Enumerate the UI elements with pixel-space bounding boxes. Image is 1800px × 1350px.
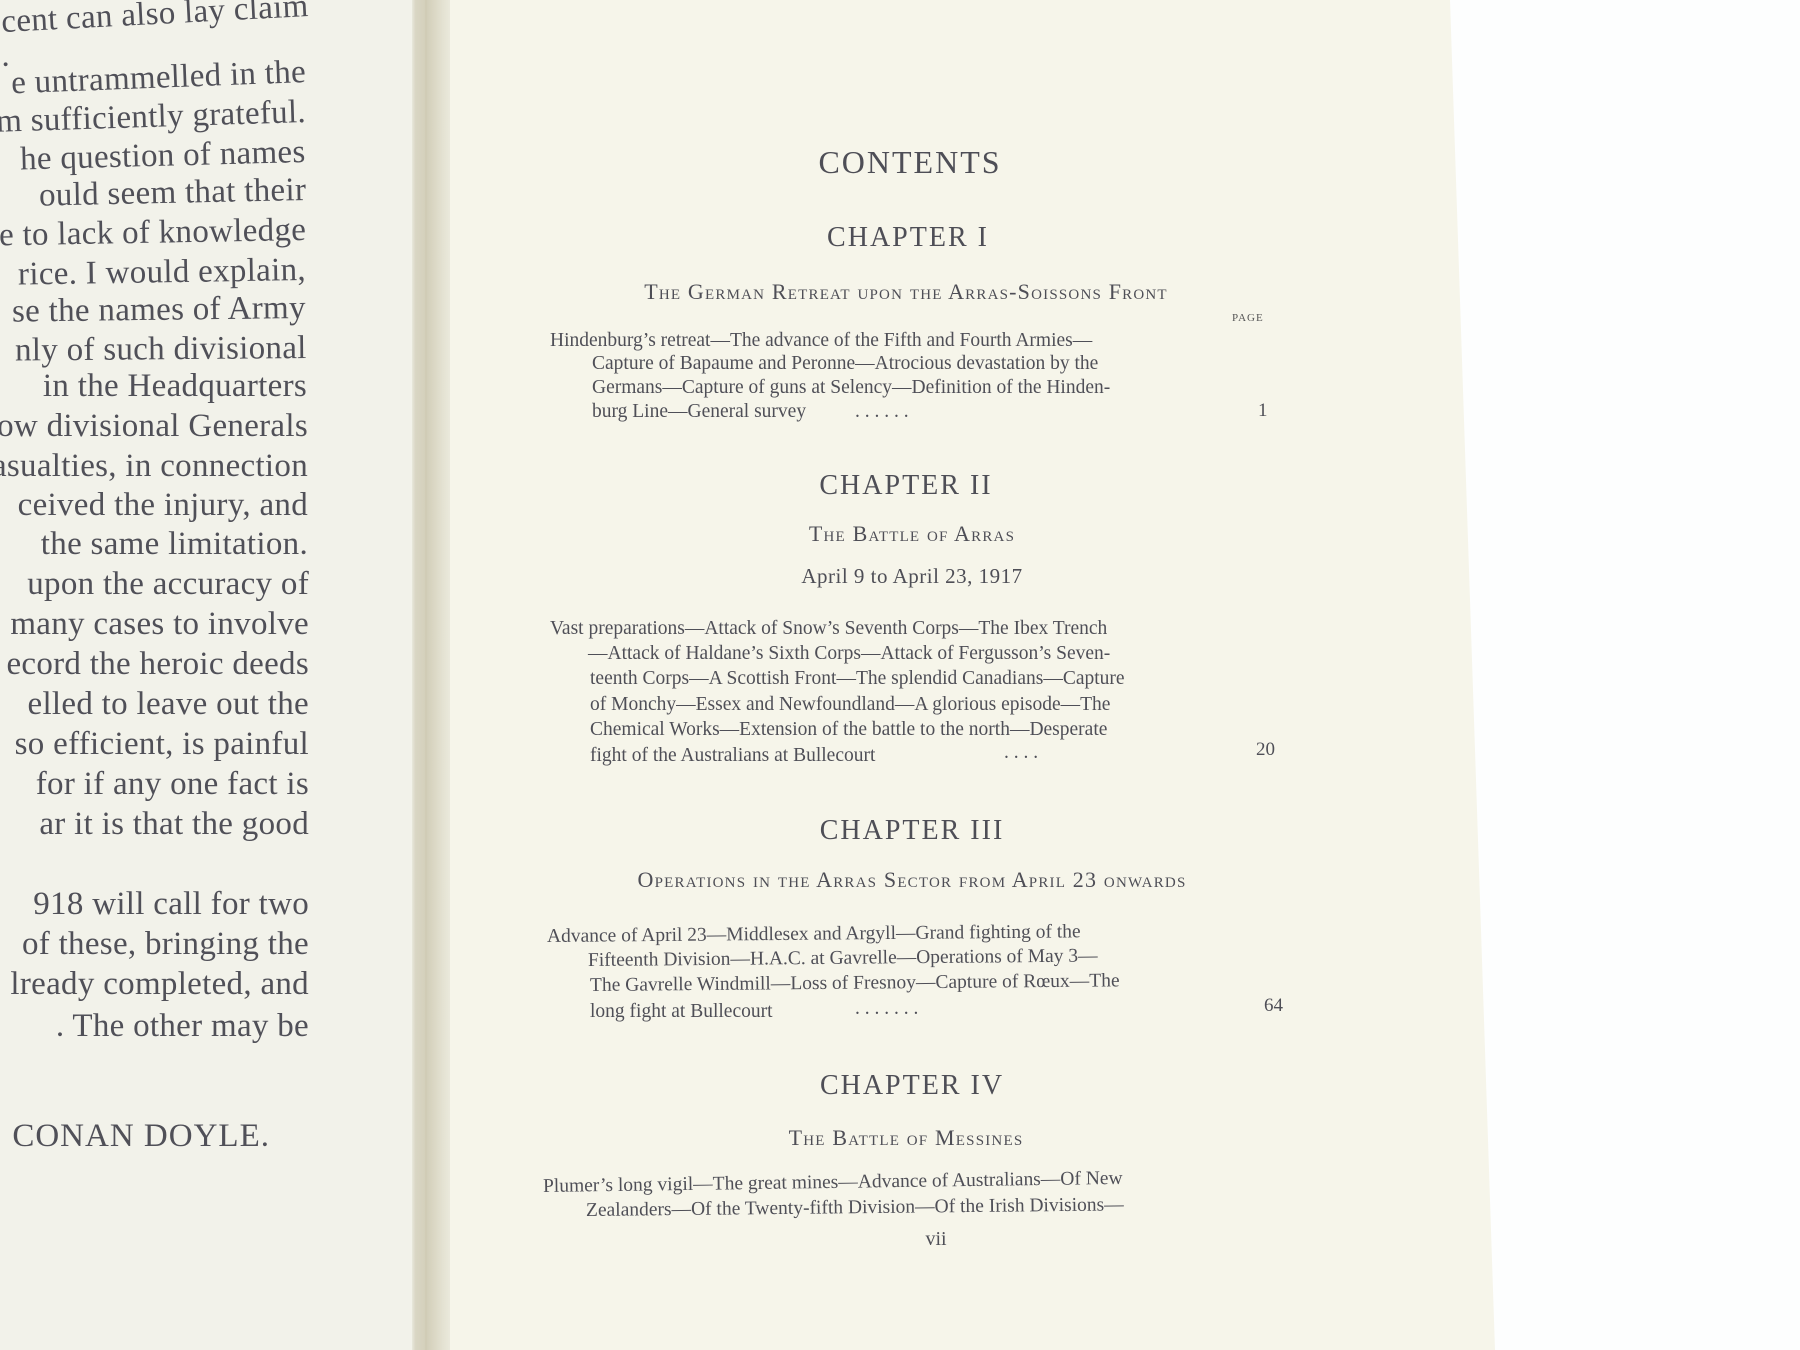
chapter-2-title: The Battle of Arras [809,521,1015,547]
chapter-2-summary-line: Vast preparations—Attack of Snow’s Seven… [550,618,1107,640]
chapter-1-summary-line: Hindenburg’s retreat—The advance of the … [550,330,1092,352]
table-of-contents: CONTENTS CHAPTER I The German Retreat up… [0,0,1800,1350]
chapter-3-summary-line: Fifteenth Division—H.A.C. at Gavrelle—Op… [588,946,1098,972]
chapter-2-summary-line: of Monchy—Essex and Newfoundland—A glori… [590,694,1110,716]
chapter-1-title: The German Retreat upon the Arras-Soisso… [644,279,1168,305]
chapter-2-page-number: 20 [1256,739,1275,761]
chapter-2-number: CHAPTER II [819,470,992,502]
chapter-4-number: CHAPTER IV [820,1070,1004,1102]
chapter-3-summary-line: Advance of April 23—Middlesex and Argyll… [547,921,1081,948]
chapter-3-title: Operations in the Arras Sector from Apri… [638,867,1187,893]
chapter-4-summary-line: Zealanders—Of the Twenty-fifth Division—… [586,1194,1124,1222]
chapter-2-summary-line: Chemical Works—Extension of the battle t… [590,719,1107,741]
chapter-1-number: CHAPTER I [827,222,989,254]
chapter-1-dot-leader: . . . . . . [855,401,909,423]
chapter-1-summary-line: burg Line—General survey [592,401,806,423]
chapter-1-summary-line: Capture of Bapaume and Peronne—Atrocious… [592,353,1098,375]
chapter-3-number: CHAPTER III [820,815,1005,847]
chapter-1-page-number: 1 [1258,400,1268,422]
chapter-3-dot-leader: . . . . . . . [855,998,918,1020]
chapter-3-page-number: 64 [1264,995,1283,1017]
chapter-4-title: The Battle of Messines [789,1125,1024,1151]
chapter-1-summary-line: Germans—Capture of guns at Selency—Defin… [592,377,1110,399]
chapter-4-summary-line: Plumer’s long vigil—The great mines—Adva… [543,1168,1123,1198]
page-folio: vii [925,1228,946,1251]
chapter-3-summary-line: The Gavrelle Windmill—Loss of Fresnoy—Ca… [590,970,1120,997]
chapter-3-summary-line: long fight at Bullecourt [590,1001,773,1023]
page-column-label: PAGE [1232,312,1264,324]
chapter-2-date: April 9 to April 23, 1917 [801,564,1022,589]
chapter-2-summary-line: —Attack of Haldane’s Sixth Corps—Attack … [588,643,1110,665]
chapter-2-dot-leader: . . . . [1004,742,1038,764]
contents-heading: CONTENTS [818,144,1001,181]
chapter-2-summary-line: fight of the Australians at Bullecourt [590,745,875,767]
chapter-2-summary-line: teenth Corps—A Scottish Front—The splend… [590,668,1125,690]
